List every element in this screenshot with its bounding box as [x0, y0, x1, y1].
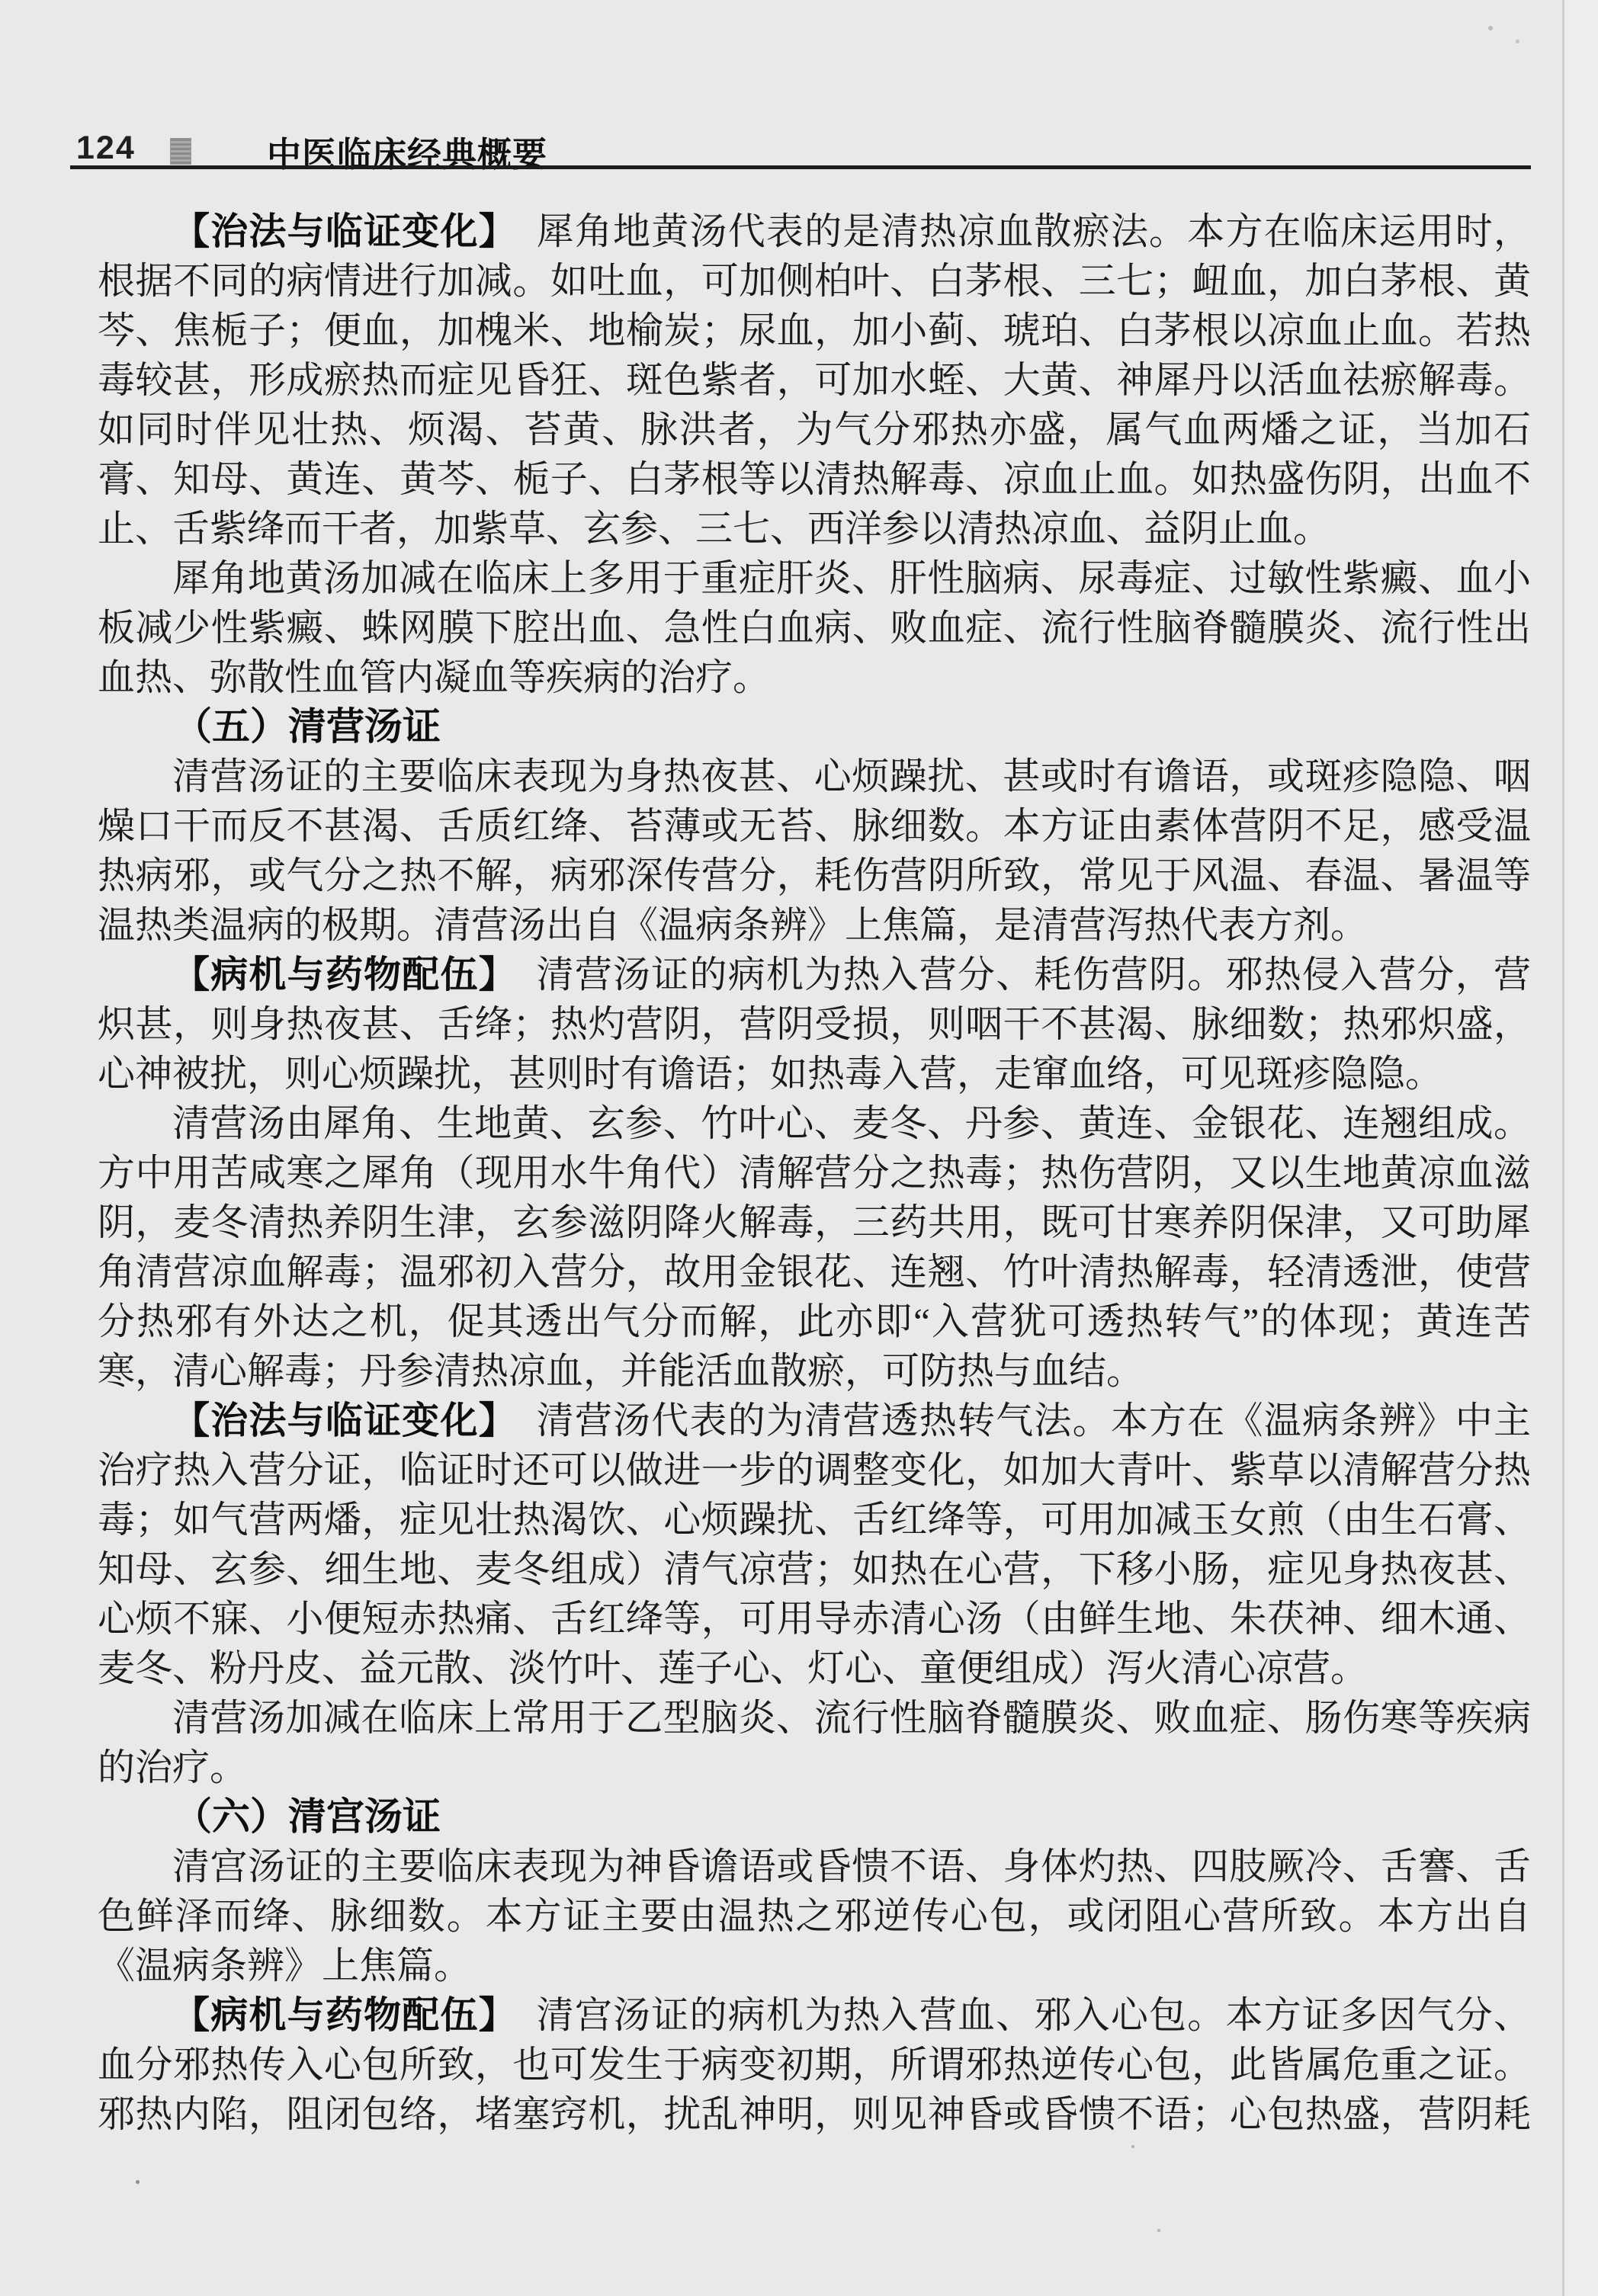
- section-label: 【病机与药物配伍】: [172, 954, 498, 996]
- header-rule: [70, 165, 1531, 169]
- text-line: 麦冬、粉丹皮、益元散、淡竹叶、莲子心、灯心、童便组成）泻火清心凉营。: [98, 1643, 1531, 1693]
- paragraph-qingying-pathogenesis: 【病机与药物配伍】 清营汤证的病机为热入营分、耗伤营阴。邪热侵入营分，营热 炽甚…: [98, 950, 1531, 1098]
- text-line: 《温病条辨》上焦篇。: [98, 1941, 1531, 1990]
- section-label: 【治法与临证变化】: [172, 211, 498, 252]
- text-line: 心神被扰，则心烦躁扰，甚则时有谵语；如热毒入营，走窜血络，可见斑疹隐隐。: [98, 1049, 1531, 1098]
- scan-edge-strip: [1564, 0, 1598, 2296]
- text-line: 清营汤证的主要临床表现为身热夜甚、心烦躁扰、甚或时有谵语，或斑疹隐隐、咽: [98, 752, 1531, 801]
- text-line: 分热邪有外达之机，促其透出气分而解，此亦即“入营犹可透热转气”的体现；黄连苦: [98, 1297, 1531, 1346]
- text-line: 温热类温病的极期。清营汤出自《温病条辨》上焦篇，是清营泻热代表方剂。: [98, 900, 1531, 950]
- paragraph-qinggong-pathogenesis: 【病机与药物配伍】 清宫汤证的病机为热入营血、邪入心包。本方证多因气分、营 血分…: [98, 1990, 1531, 2139]
- paragraph-qingying-clinical-uses: 清营汤加减在临床上常用于乙型脑炎、流行性脑脊髓膜炎、败血症、肠伤寒等疾病 的治疗…: [98, 1693, 1531, 1792]
- text-line: 止、舌紫绛而干者，加紫草、玄参、三七、西洋参以清热凉血、益阴止血。: [98, 504, 1531, 553]
- text-line: 芩、焦栀子；便血，加槐米、地榆炭；尿血，加小蓟、琥珀、白茅根以凉血止血。若热: [98, 306, 1531, 355]
- scan-speck: [136, 2180, 140, 2184]
- scan-speck: [1157, 2229, 1160, 2232]
- subsection-heading-qingying: （五）清营汤证: [98, 702, 1531, 752]
- text-line: 板减少性紫癜、蛛网膜下腔出血、急性白血病、败血症、流行性脑脊髓膜炎、流行性出: [98, 603, 1531, 653]
- scan-speck: [1131, 2145, 1134, 2148]
- scanned-book-page: 124 中医临床经典概要 【治法与临证变化】 犀角地黄汤代表的是清热凉血散瘀法。…: [0, 0, 1598, 2296]
- scan-speck: [1488, 26, 1493, 30]
- text-line: 邪热内陷，阻闭包络，堵塞窍机，扰乱神明，则见神昏或昏愦不语；心包热盛，营阴耗: [98, 2089, 1531, 2139]
- text-line: 毒较甚，形成瘀热而症见昏狂、斑色紫者，可加水蛭、大黄、神犀丹以活血祛瘀解毒。: [98, 355, 1531, 405]
- text-line: 寒，清心解毒；丹参清热凉血，并能活血散瘀，可防热与血结。: [98, 1346, 1531, 1396]
- text-line: 炽甚，则身热夜甚、舌绛；热灼营阴，营阴受损，则咽干不甚渴、脉细数；热邪炽盛，: [98, 999, 1531, 1049]
- page-text: 【治法与临证变化】 犀角地黄汤代表的是清热凉血散瘀法。本方在临床运用时，可 根据…: [98, 207, 1531, 2139]
- text-line: 心烦不寐、小便短赤热痛、舌红绛等，可用导赤清心汤（由鲜生地、朱茯神、细木通、: [98, 1594, 1531, 1643]
- text-line: 膏、知母、黄连、黄芩、栀子、白茅根等以清热解毒、凉血止血。如热盛伤阴，出血不: [98, 454, 1531, 504]
- text-line: 【治法与临证变化】 清营汤代表的为清营透热转气法。本方在《温病条辨》中主要: [98, 1396, 1531, 1445]
- paragraph-qingying-presentation: 清营汤证的主要临床表现为身热夜甚、心烦躁扰、甚或时有谵语，或斑疹隐隐、咽 燥口干…: [98, 752, 1531, 950]
- text-line: 毒；如气营两燔，症见壮热渴饮、心烦躁扰、舌红绛等，可用加减玉女煎（由生石膏、: [98, 1495, 1531, 1544]
- paragraph-treatment-xijiao: 【治法与临证变化】 犀角地黄汤代表的是清热凉血散瘀法。本方在临床运用时，可 根据…: [98, 207, 1531, 553]
- text-line: 犀角地黄汤加减在临床上多用于重症肝炎、肝性脑病、尿毒症、过敏性紫癜、血小: [98, 553, 1531, 603]
- paragraph-qinggong-presentation: 清宫汤证的主要临床表现为神昏谵语或昏愦不语、身体灼热、四肢厥冷、舌謇、舌 色鲜泽…: [98, 1842, 1531, 1990]
- text-line: 清营汤由犀角、生地黄、玄参、竹叶心、麦冬、丹参、黄连、金银花、连翘组成。: [98, 1098, 1531, 1148]
- scan-speck: [1516, 40, 1519, 43]
- page-number: 124: [76, 130, 136, 167]
- text-line: 清营汤加减在临床上常用于乙型脑炎、流行性脑脊髓膜炎、败血症、肠伤寒等疾病: [98, 1693, 1531, 1743]
- text-line: 方中用苦咸寒之犀角（现用水牛角代）清解营分之热毒；热伤营阴，又以生地黄凉血滋: [98, 1148, 1531, 1198]
- text-line: 【治法与临证变化】 犀角地黄汤代表的是清热凉血散瘀法。本方在临床运用时，可: [98, 207, 1531, 256]
- text-line: 治疗热入营分证，临证时还可以做进一步的调整变化，如加大青叶、紫草以清解营分热: [98, 1445, 1531, 1495]
- header-square-icon: [171, 139, 191, 164]
- text-line: 【病机与药物配伍】 清宫汤证的病机为热入营血、邪入心包。本方证多因气分、营: [98, 1990, 1531, 2040]
- subsection-heading-qinggong: （六）清宫汤证: [98, 1792, 1531, 1842]
- text-line: 【病机与药物配伍】 清营汤证的病机为热入营分、耗伤营阴。邪热侵入营分，营热: [98, 950, 1531, 999]
- text-line: 阴，麦冬清热养阴生津，玄参滋阴降火解毒，三药共用，既可甘寒养阴保津，又可助犀: [98, 1198, 1531, 1247]
- scan-edge-seam: [1562, 0, 1564, 2296]
- text-line: 根据不同的病情进行加减。如吐血，可加侧柏叶、白茅根、三七；衄血，加白茅根、黄: [98, 256, 1531, 306]
- text-line: 热病邪，或气分之热不解，病邪深传营分，耗伤营阴所致，常见于风温、春温、暑温等: [98, 851, 1531, 900]
- text-line: 血热、弥散性血管内凝血等疾病的治疗。: [98, 653, 1531, 702]
- paragraph-clinical-uses-xijiao: 犀角地黄汤加减在临床上多用于重症肝炎、肝性脑病、尿毒症、过敏性紫癜、血小 板减少…: [98, 553, 1531, 702]
- text-line: 血分邪热传入心包所致，也可发生于病变初期，所谓邪热逆传心包，此皆属危重之证。: [98, 2040, 1531, 2089]
- paragraph-qingying-treatment: 【治法与临证变化】 清营汤代表的为清营透热转气法。本方在《温病条辨》中主要 治疗…: [98, 1396, 1531, 1693]
- paragraph-qingying-composition: 清营汤由犀角、生地黄、玄参、竹叶心、麦冬、丹参、黄连、金银花、连翘组成。 方中用…: [98, 1098, 1531, 1396]
- text-line: 知母、玄参、细生地、麦冬组成）清气凉营；如热在心营，下移小肠，症见身热夜甚、: [98, 1544, 1531, 1594]
- text-line: 角清营凉血解毒；温邪初入营分，故用金银花、连翘、竹叶清热解毒，轻清透泄，使营: [98, 1247, 1531, 1297]
- text-line: 色鲜泽而绛、脉细数。本方证主要由温热之邪逆传心包，或闭阻心营所致。本方出自: [98, 1891, 1531, 1941]
- text-line: 燥口干而反不甚渴、舌质红绛、苔薄或无苔、脉细数。本方证由素体营阴不足，感受温: [98, 801, 1531, 851]
- section-label: 【病机与药物配伍】: [172, 1995, 498, 2036]
- text-line: 如同时伴见壮热、烦渴、苔黄、脉洪者，为气分邪热亦盛，属气血两燔之证，当加石: [98, 405, 1531, 454]
- text-line: 的治疗。: [98, 1743, 1531, 1792]
- text-line: 清宫汤证的主要临床表现为神昏谵语或昏愦不语、身体灼热、四肢厥冷、舌謇、舌: [98, 1842, 1531, 1891]
- section-label: 【治法与临证变化】: [172, 1400, 498, 1441]
